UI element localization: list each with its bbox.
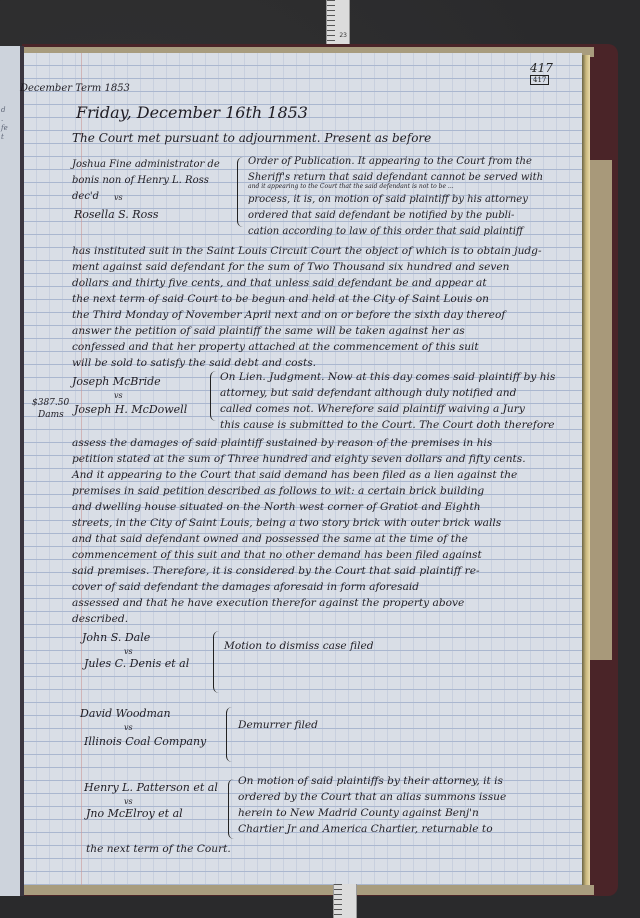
entry-line: the next term of the Court. [86,843,231,855]
entry-line: said premises. Therefore, it is consider… [72,565,480,577]
term-heading: December Term 1853 [20,83,130,94]
opening-line: The Court met pursuant to adjournment. P… [72,131,431,145]
brace [213,631,220,693]
entry-line: the next term of said Court to be begun … [72,293,489,305]
left-page-edge: d . fe t [0,46,21,896]
case-plaintiff: David Woodman [80,707,171,720]
brace [237,157,244,227]
entry-line: commencement of this suit and that no ot… [72,549,482,561]
page-number: 417 [530,61,553,75]
entry-line: has instituted suit in the Saint Louis C… [72,245,542,257]
case-versus: vs [124,797,133,806]
entry-line: process, it is, on motion of said plaint… [248,194,528,205]
entry-line: the Third Monday of November April next … [72,309,505,321]
case-defendant: Joseph H. McDowell [74,403,187,416]
case-versus: vs [114,193,123,202]
entry-line-interlinear: and it appearing to the Court that the s… [248,183,454,190]
brace [210,371,217,421]
entry-line: will be sold to satisfy the said debt an… [72,357,316,369]
case-plaintiff: Joseph McBride [72,375,161,388]
entry-line: cation according to law of this order th… [248,226,523,237]
entry-line: dollars and thirty five cents, and that … [72,277,487,289]
case-plaintiff: Henry L. Patterson et al [84,781,218,794]
entry-line: streets, in the City of Saint Louis, bei… [72,517,501,529]
case-defendant: Jules C. Denis et al [84,657,189,670]
entry-line: premises in said petition described as f… [72,485,484,497]
case-defendant: Rosella S. Ross [74,208,158,221]
cover-spine-band [590,160,612,660]
entry-line: Motion to dismiss case filed [224,640,374,652]
entry-line: petition stated at the sum of Three hund… [72,453,526,465]
brace [228,779,235,839]
measurement-ruler-top: 23 [326,0,350,46]
entry-line: cover of said defendant the damages afor… [72,581,419,593]
entry-line: and dwelling house situated on the North… [72,501,481,513]
case-defendant: Illinois Coal Company [84,735,206,748]
entry-line: On motion of said plaintiffs by their at… [238,775,503,787]
case-versus: vs [124,647,133,656]
entry-line: assess the damages of said plaintiff sus… [72,437,492,449]
brace [226,707,233,762]
case-defendant: Jno McElroy et al [86,807,183,820]
case-versus: vs [124,723,133,732]
entry-line: ment against said defendant for the sum … [72,261,509,273]
page-stamp: 417 [530,75,549,85]
entry-line: And it appearing to the Court that said … [72,469,517,481]
case-versus: vs [114,391,123,400]
entry-line: assessed and that he have execution ther… [72,597,464,609]
entry-line: Sheriff's return that said defendant can… [248,172,543,183]
date-heading: Friday, December 16th 1853 [76,103,308,122]
case-plaintiff: John S. Dale [82,631,150,644]
entry-line: this cause is submitted to the Court. Th… [220,419,555,431]
ruler-label: 23 [339,32,347,39]
entry-line: attorney, but said defendant although du… [220,387,516,399]
margin-note: Dams [38,410,64,420]
measurement-ruler-bottom [333,884,357,918]
entry-line: Chartier Jr and America Chartier, return… [238,823,493,835]
entry-line: answer the petition of said plaintiff th… [72,325,465,337]
entry-line: confessed and that her property attached… [72,341,479,353]
entry-line: Demurrer filed [238,719,318,731]
margin-amount: $387.50 [32,398,69,408]
entry-line: ordered by the Court that an alias summo… [238,791,506,803]
entry-line: herein to New Madrid County against Benj… [238,807,479,819]
entry-line: called comes not. Wherefore said plainti… [220,403,525,415]
page-edge-bottom [24,885,594,895]
entry-line: Order of Publication. It appearing to th… [248,156,532,167]
entry-line: ordered that said defendant be notified … [248,210,514,221]
entry-line: described. [72,613,128,625]
entry-line: and that said defendant owned and posses… [72,533,468,545]
entry-line: On Lien. Judgment. Now at this day comes… [220,371,555,383]
ledger-page: 417 417 December Term 1853 Friday, Decem… [24,53,582,885]
case-plaintiff: Joshua Fine administrator de bonis non o… [72,157,222,205]
